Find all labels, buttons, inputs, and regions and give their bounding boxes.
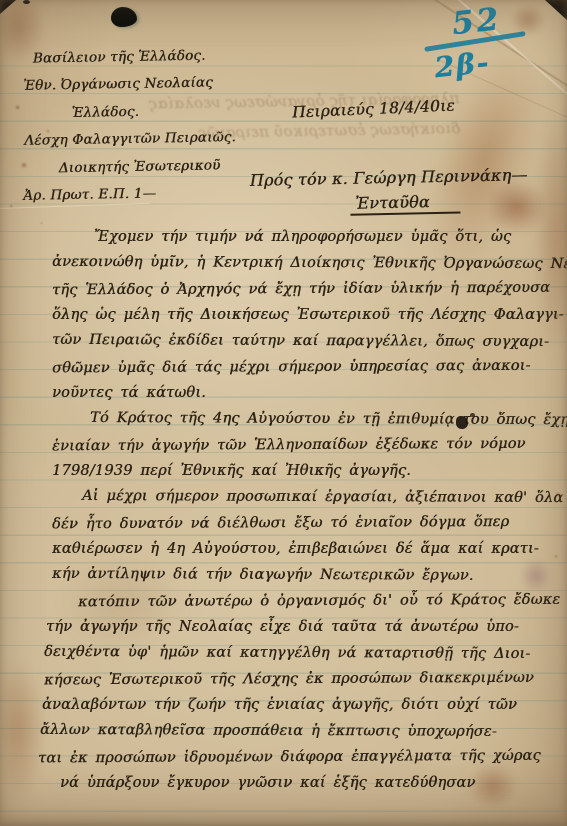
- recipient-place: Ἐνταῦθα: [350, 190, 528, 216]
- document-page: πληροφορίαι τῆς ὀργανώσεως νεολαίαςδιοικ…: [0, 0, 567, 826]
- handwritten-line: σθῶμεν ὑμᾶς διά τάς μέχρι σήμερον ὑπηρεσ…: [52, 353, 566, 382]
- letterhead-line: Λέσχη Φαλαγγιτῶν Πειραιῶς.: [24, 124, 236, 155]
- letterhead-line: Βασίλειον τῆς Ἑλλάδος.: [33, 42, 235, 73]
- handwritten-line: ἑνιαίαν τήν ἀγωγήν τῶν Ἑλληνοπαίδων ἐξέδ…: [52, 431, 566, 460]
- ink-hole: [111, 7, 137, 27]
- letterhead-line: Ἑλλάδος.: [72, 97, 236, 127]
- clipped-corner-top-left: [0, 0, 16, 14]
- handwritten-line: τῶν Πειραιῶς ἐκδίδει ταύτην καί παραγγέλ…: [52, 327, 566, 355]
- body-text: Ἔχομεν τήν τιμήν νά πληροφορήσωμεν ὑμᾶς …: [52, 224, 566, 796]
- clipped-corner-top-right: [545, 0, 567, 20]
- handwritten-line: ἀνεκοινώθη ὑμῖν, ἡ Κεντρική Διοίκησις Ἐθ…: [52, 249, 566, 277]
- folio-number: 52 2β-: [420, 0, 529, 85]
- handwritten-line: δέν ἦτο δυνατόν νά διέλθωσι ἔξω τό ἑνιαῖ…: [52, 509, 566, 538]
- handwritten-line: νοῦντες τά κάτωθι.: [52, 380, 566, 406]
- handwritten-line: 1798/1939 περί Ἐθνικῆς καί Ἠθικῆς ἀγωγῆς…: [52, 458, 566, 484]
- letterhead-line: Ἀρ. Πρωτ. Ε.Π. 1—: [23, 179, 237, 210]
- letterhead: Βασίλειον τῆς Ἑλλάδος.Ἐθν. Ὀργάνωσις Νεο…: [19, 42, 238, 210]
- edge-mark: [23, 0, 30, 4]
- handwritten-line: ἄλλων καταβληθεῖσα προσπάθεια ἡ ἔκπτωσις…: [40, 717, 566, 745]
- handwritten-line: κατόπιν τῶν ἀνωτέρω ὁ ὀργανισμός δι' οὗ …: [78, 587, 566, 616]
- handwritten-line: ἀναλαβόντων τήν ζωήν τῆς ἑνιαίας ἀγωγῆς,…: [42, 692, 566, 718]
- recipient-block: Πρός τόν κ. Γεώργη Περιννάκη— Ἐνταῦθα: [250, 165, 529, 218]
- handwritten-line: δειχθέντα ὑφ' ἡμῶν καί κατηγγέλθη νά κατ…: [44, 639, 566, 667]
- recipient-place-underlined: Ἐνταῦθα: [350, 192, 460, 216]
- handwritten-line: Αἱ μέχρι σήμερον προσωπικαί ἐργασίαι, ἀξ…: [82, 483, 566, 511]
- handwritten-line: καθιέρωσεν ἡ 4η Αὐγούστου, ἐπιβεβαιώνει …: [52, 536, 566, 562]
- letterhead-line: Διοικητής Ἐσωτερικοῦ: [58, 152, 236, 183]
- handwritten-line: κήσεως Ἐσωτερικοῦ τῆς Λέσχης ἐκ προσώπων…: [44, 665, 566, 694]
- handwritten-line: ὅλης ὡς μέλη τῆς Διοικήσεως Ἐσωτερικοῦ τ…: [52, 302, 566, 328]
- handwritten-line: τήν ἀγωγήν τῆς Νεολαίας εἶχε διά ταῦτα τ…: [46, 614, 566, 640]
- handwritten-line: νά ὑπάρξουν ἔγκυρον γνῶσιν καί ἑξῆς κατε…: [60, 770, 566, 796]
- handwritten-line: κήν ἀντίληψιν διά τήν διαγωγήν Νεωτερικῶ…: [52, 561, 566, 589]
- handwritten-line: τῆς Ἑλλάδος ὁ Ἀρχηγός νά ἔχῃ τήν ἰδίαν ὑ…: [52, 275, 566, 304]
- letterhead-line: Ἐθν. Ὀργάνωσις Νεολαίας: [23, 70, 235, 101]
- handwritten-line: ται ἐκ προσώπων ἱδρυομένων διάφορα ἐπαγγ…: [38, 743, 566, 772]
- handwritten-line: Τό Κράτος τῆς 4ης Αὐγούστου ἐν τῇ ἐπιθυμ…: [90, 405, 566, 433]
- handwritten-line: Ἔχομεν τήν τιμήν νά πληροφορήσωμεν ὑμᾶς …: [94, 224, 566, 250]
